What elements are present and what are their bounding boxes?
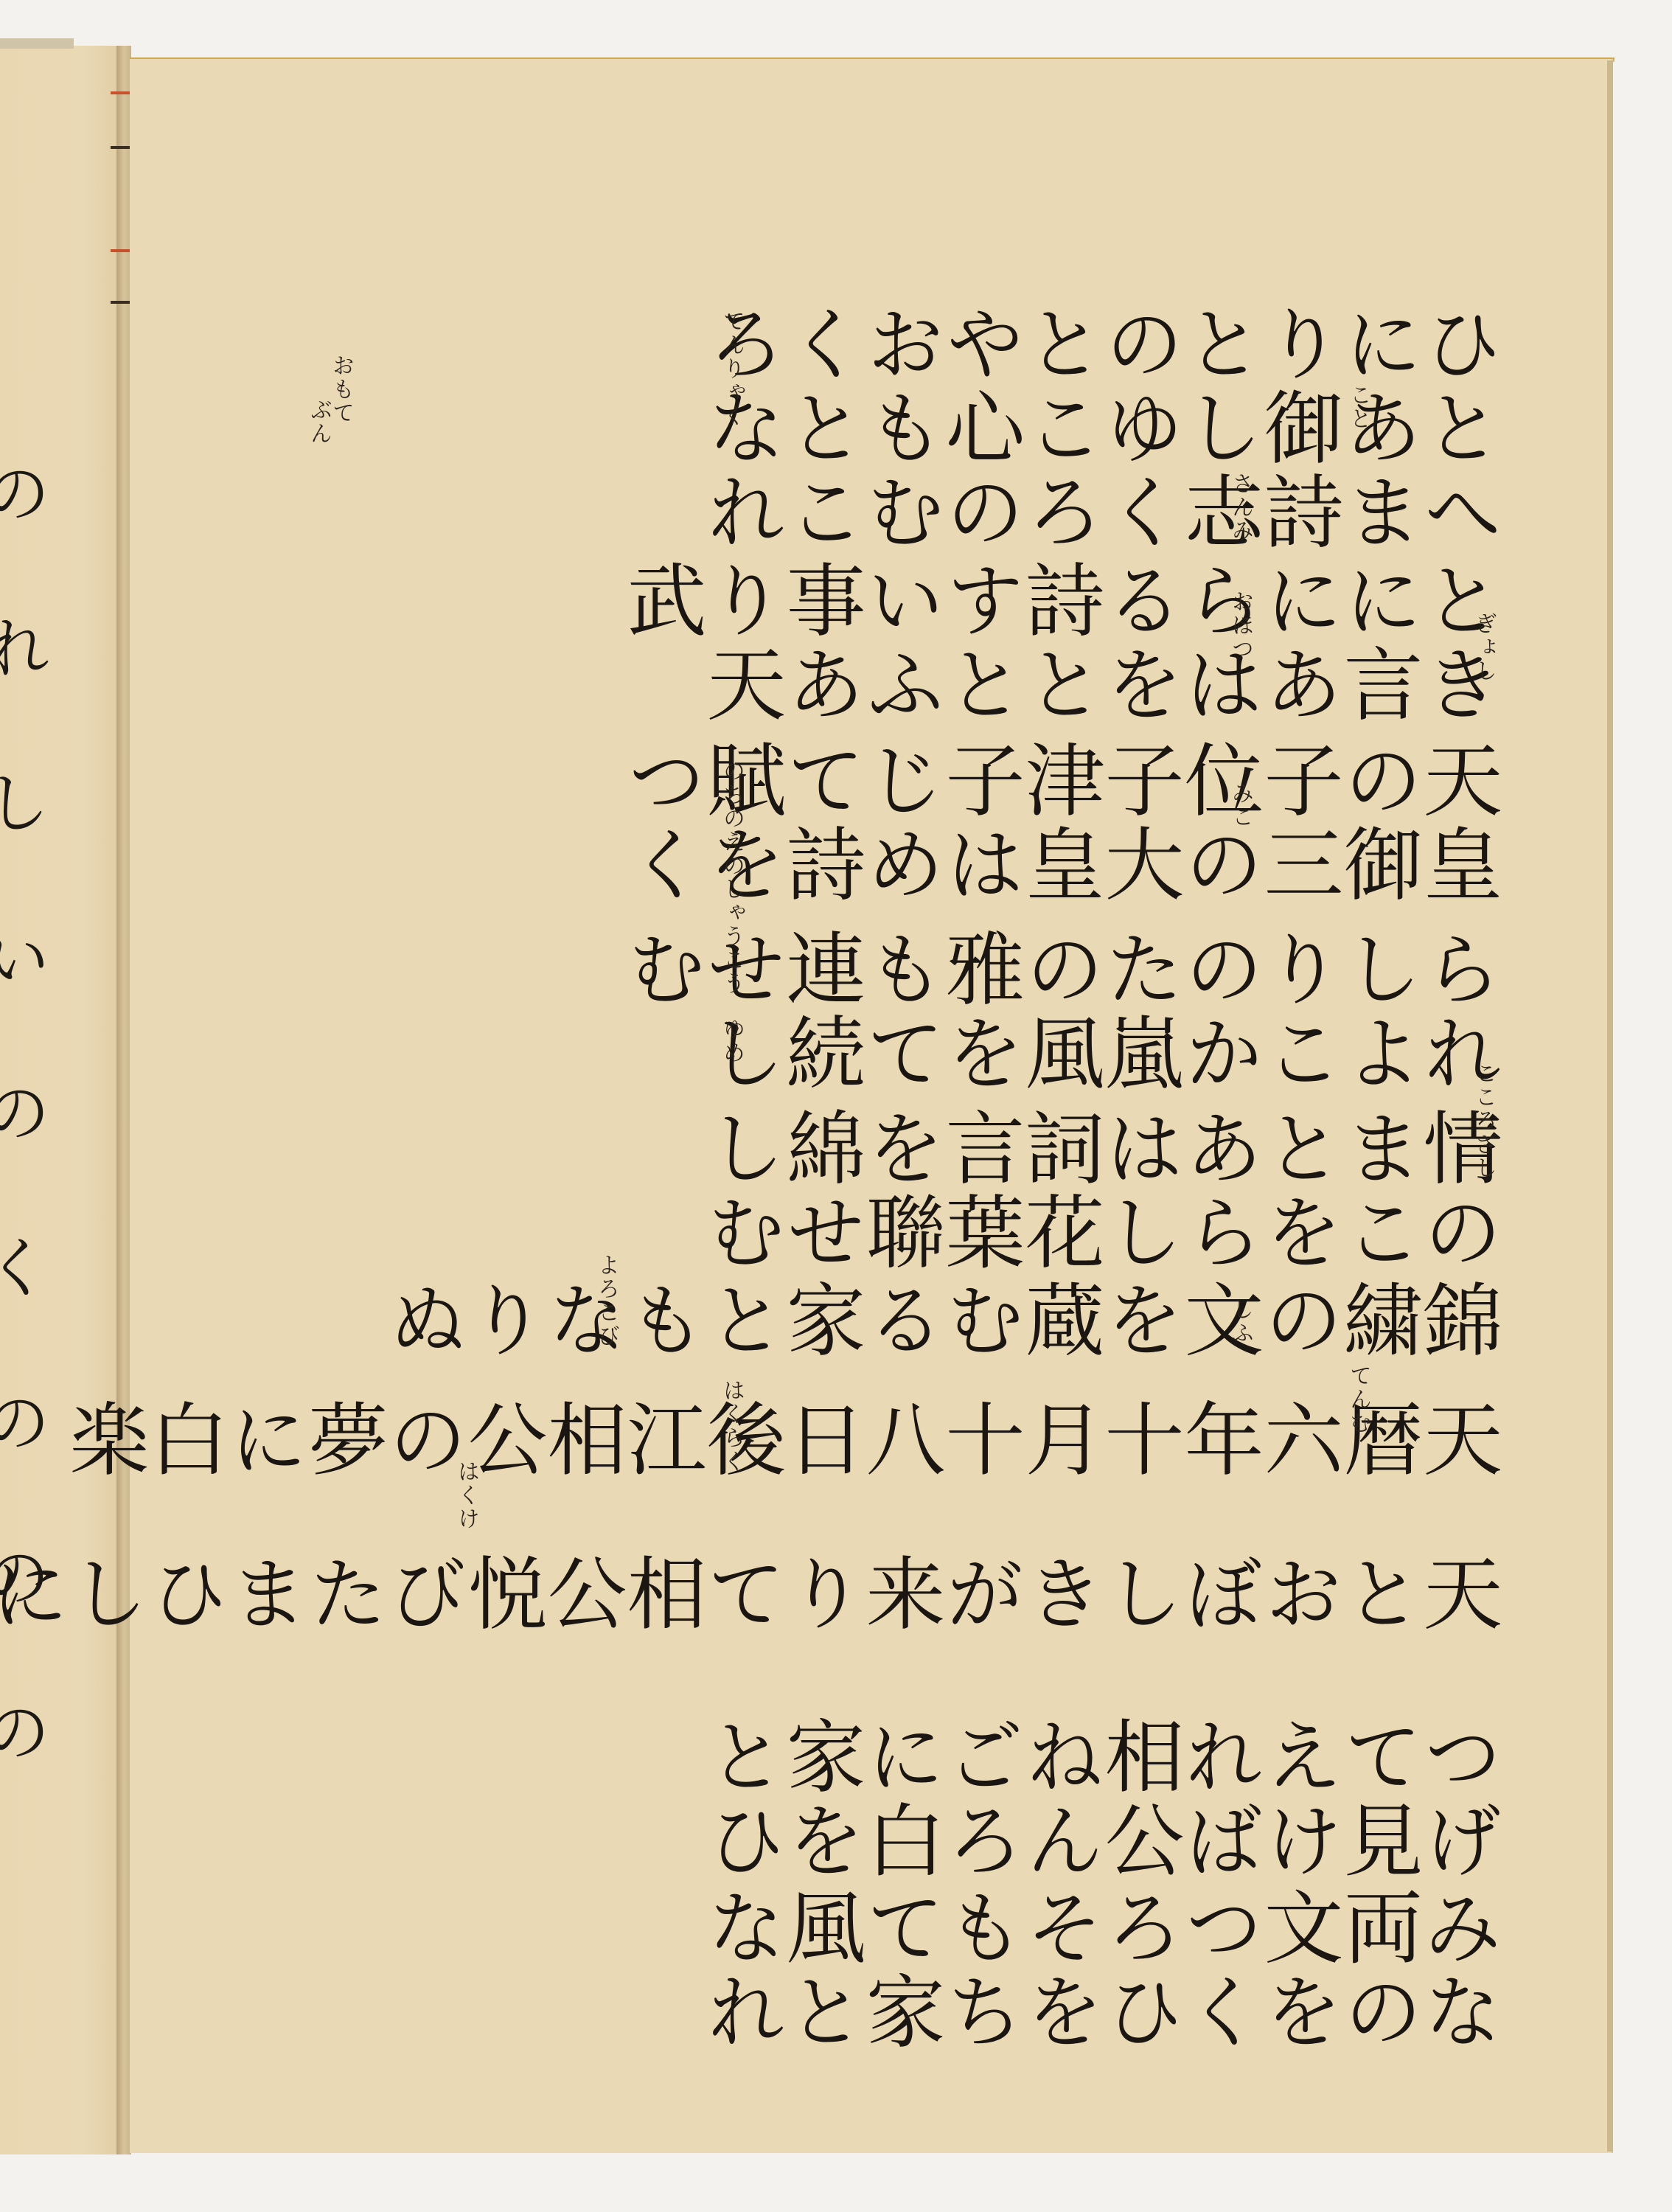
furigana: はくらく: [715, 1379, 748, 1473]
furigana: はくけ: [450, 1460, 482, 1531]
text-column-8: 天とおぼしきが来りて相公悦びたまひしに: [1368, 1552, 1495, 1715]
binding-gutter: [116, 46, 131, 2154]
furigana: ゆめ: [715, 1018, 748, 1065]
left-page-text: のれしいのくののの: [0, 459, 44, 1852]
furigana: おほつ: [1224, 590, 1256, 661]
text-column-1: ひとへにあまり御詩とし志のゆくところや心のおもむくところなれ: [1368, 302, 1495, 559]
furigana: さんみ: [1224, 472, 1256, 543]
furigana: しふ: [1224, 1298, 1256, 1345]
furigana: のちのえのしゃうこう: [715, 759, 748, 995]
left-page-top-strip: [0, 38, 74, 49]
text-column-10: みな両の文をつくろひそをもちて家風となれ: [1368, 1886, 1495, 2057]
text-column-7: 天暦六年十月十八日後江相公の夢に白楽: [1368, 1398, 1495, 1552]
furigana: こころざし: [1467, 1062, 1499, 1180]
text-column-6: 錦繍の文を蔵むる家ともなりぬ: [1368, 1279, 1495, 1399]
furigana: てんりゃく: [715, 310, 748, 428]
furigana: ぎょし: [1467, 612, 1499, 683]
furigana: ぶん: [302, 398, 335, 445]
furigana: こと: [1342, 383, 1374, 431]
text-column-3: 天皇の御子三位の子大津皇子はじめて詩賦をつく: [1368, 739, 1495, 927]
furigana: てんむ: [1342, 1364, 1374, 1435]
page-edge: [1607, 60, 1613, 2152]
furigana: みこ: [1224, 782, 1256, 829]
furigana: よろこび: [590, 1253, 622, 1348]
left-page: のれしいのくののの: [0, 46, 122, 2154]
manuscript-text: ひとへにあまり御詩とし志のゆくところや心のおもむくところなれ ときに言にあらはる…: [1368, 302, 1495, 2057]
text-column-9: つげて見えければ相公ねんごろに白家をとひ: [1368, 1715, 1495, 1886]
